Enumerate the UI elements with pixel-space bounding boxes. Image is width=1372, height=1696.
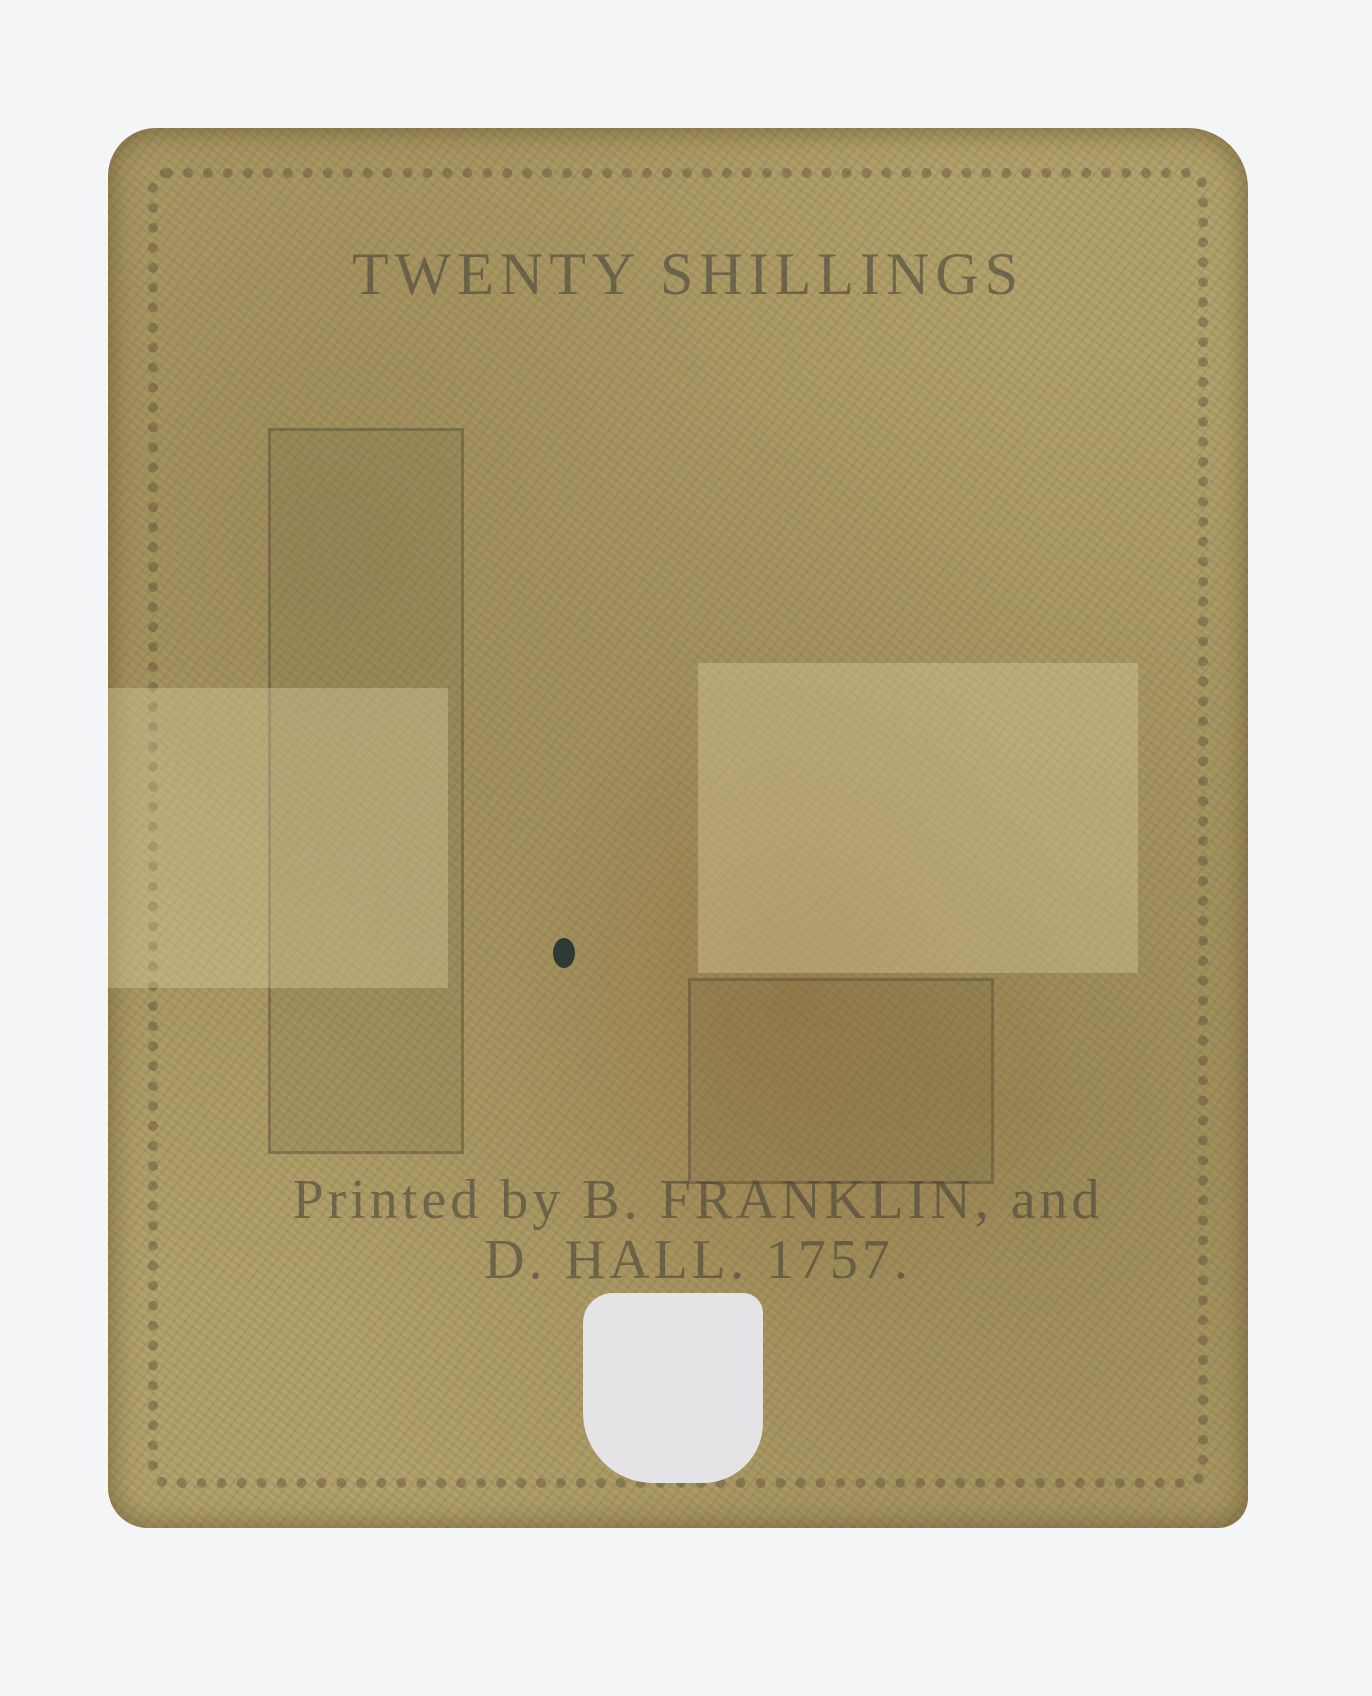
ink-stain	[553, 938, 575, 968]
currency-note: TWENTY SHILLINGS Printed by B. FRANKLIN,…	[108, 128, 1248, 1528]
repair-tape-right	[698, 663, 1138, 973]
printer-line-1: Printed by B. FRANKLIN, and	[248, 1168, 1148, 1232]
leaf-print-panel	[688, 978, 994, 1184]
denomination-header: TWENTY SHILLINGS	[308, 240, 1068, 309]
repair-tape-left	[108, 688, 448, 988]
printer-line-2: D. HALL. 1757.	[248, 1228, 1148, 1292]
paper-loss-hole	[583, 1293, 763, 1483]
